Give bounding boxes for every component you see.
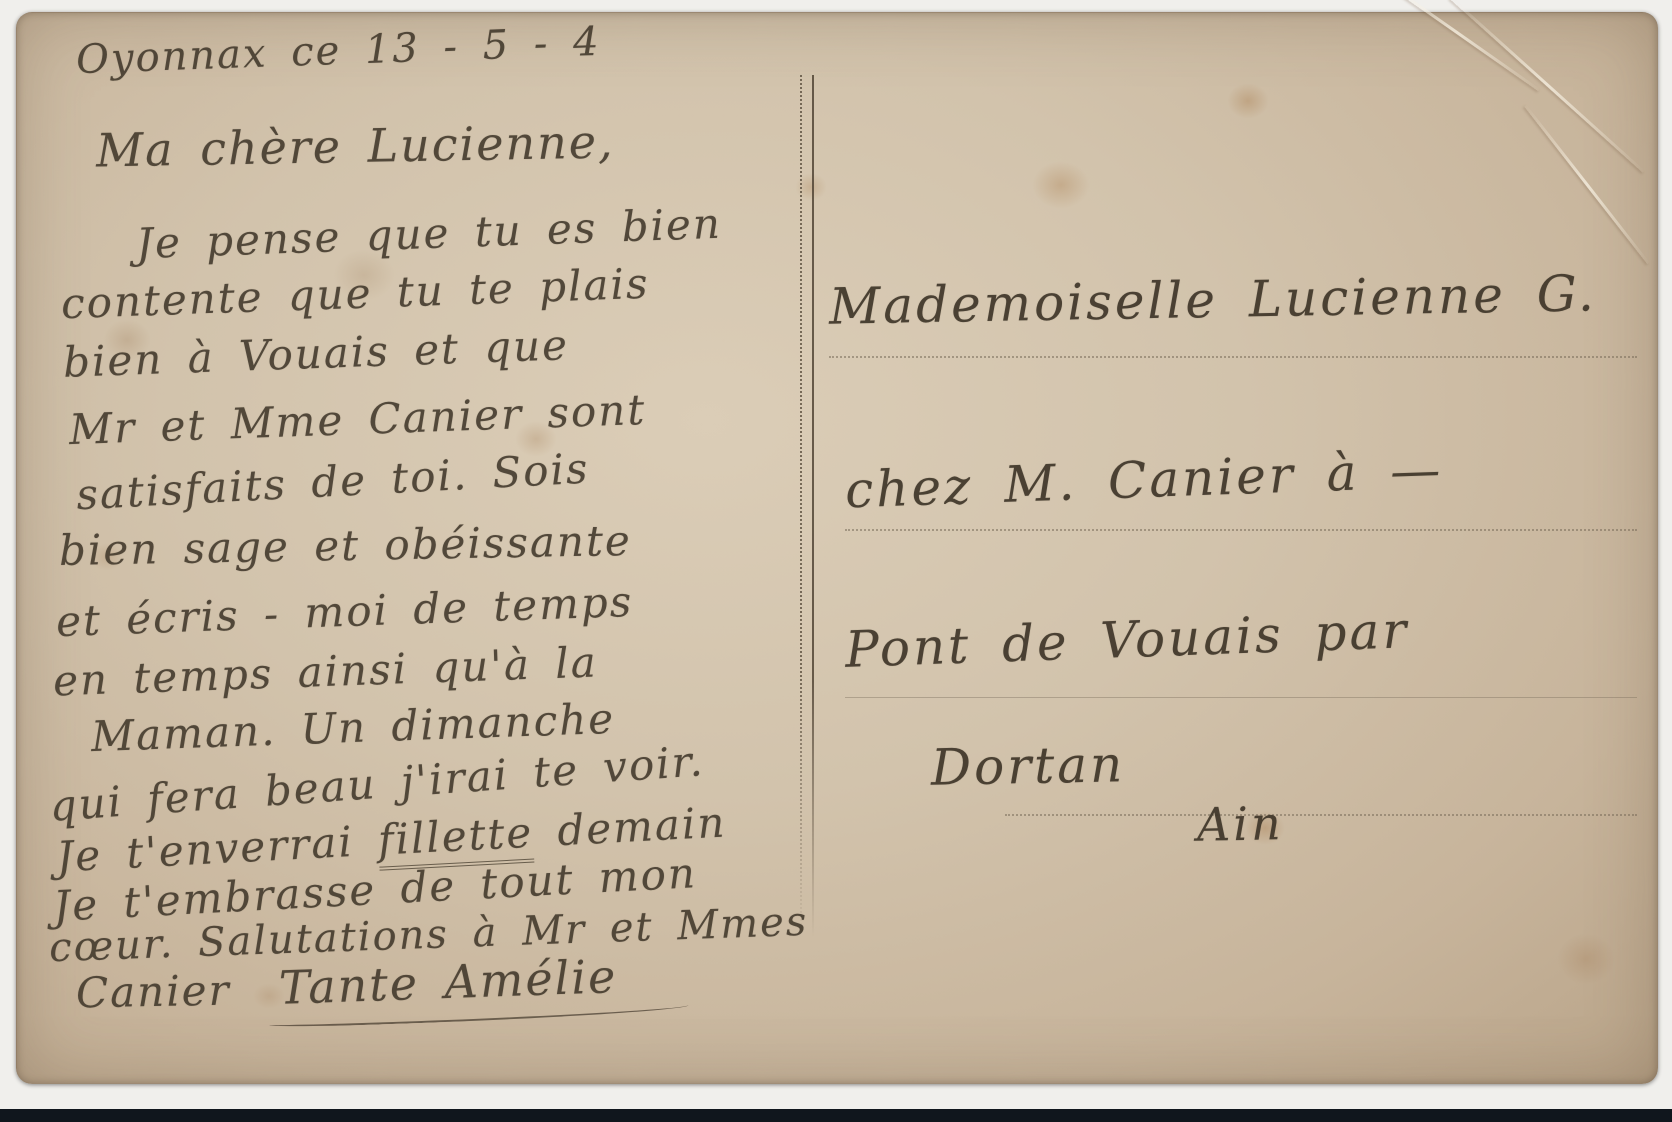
postcard: Oyonnax ce 13 - 5 - 4 Ma chère Lucienne,… — [16, 12, 1658, 1084]
message-line: Je pense que tu es bien — [135, 203, 722, 265]
message-canier-word: Canier — [76, 970, 231, 1015]
address-recipient: Mademoiselle Lucienne G. — [829, 268, 1598, 331]
address-ruling-line — [1005, 814, 1637, 816]
address-ruling-line — [845, 529, 1637, 531]
message-line: bien sage et obéissante — [59, 520, 632, 572]
address-care-of: chez M. Canier à — — [844, 445, 1444, 516]
crease-mark — [1449, 0, 1644, 173]
crease-mark — [1524, 105, 1649, 264]
message-line: et écris - moi de temps — [55, 581, 634, 643]
address-town: Dortan — [931, 739, 1126, 792]
address-department: Ain — [1197, 800, 1284, 848]
stain-mark — [1227, 83, 1269, 119]
message-line: satisfaits de toi. Sois — [75, 448, 590, 517]
message-dateline: Oyonnax ce 13 - 5 - 4 — [75, 22, 601, 80]
message-line: contente que tu te plais — [60, 263, 650, 326]
scan-background-strip — [0, 1109, 1672, 1122]
postcard-divider-line — [800, 75, 814, 937]
crease-mark — [1374, 0, 1540, 91]
stain-mark — [1032, 161, 1090, 209]
signature: Tante Amélie — [278, 953, 618, 1011]
message-salutation: Ma chère Lucienne, — [96, 118, 615, 173]
address-ruling-line — [829, 356, 1637, 358]
send-line-post: demain — [532, 797, 728, 856]
message-line: en temps ainsi qu'à la — [52, 642, 598, 703]
stain-mark — [1557, 933, 1615, 985]
message-line: Mr et Mme Canier sont — [68, 389, 646, 451]
address-street: Pont de Vouais par — [844, 605, 1410, 675]
address-ruling-line — [845, 697, 1637, 698]
